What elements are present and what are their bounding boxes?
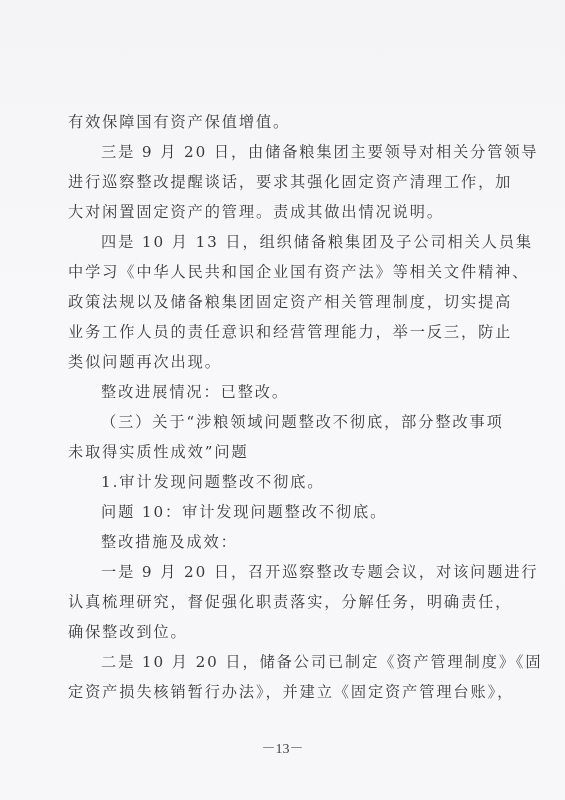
text-line: 政策法规以及储备粮集团固定资产相关管理制度，切实提高 (68, 287, 500, 317)
text-line: 一是 9 月 20 日，召开巡察整改专题会议，对该问题进行 (68, 557, 500, 587)
text-line: 进行巡察整改提醒谈话，要求其强化固定资产清理工作，加 (68, 167, 500, 197)
section-heading-cont: 未取得实质性成效”问题 (68, 437, 500, 467)
issue-line: 问题 10：审计发现问题整改不彻底。 (68, 497, 500, 527)
measures-heading: 整改措施及成效： (68, 527, 500, 557)
text-line: 中学习《中华人民共和国企业国有资产法》等相关文件精神、 (68, 257, 500, 287)
body-text: 有效保障国有资产保值增值。 三是 9 月 20 日，由储备粮集团主要领导对相关分… (68, 107, 500, 707)
subsection-heading: 1.审计发现问题整改不彻底。 (68, 467, 500, 497)
text-line: 有效保障国有资产保值增值。 (68, 107, 500, 137)
text-line: 认真梳理研究，督促强化职责落实，分解任务，明确责任， (68, 587, 500, 617)
text-line: 确保整改到位。 (68, 617, 500, 647)
text-line: 业务工作人员的责任意识和经营管理能力，举一反三，防止 (68, 317, 500, 347)
progress-status-line: 整改进展情况：已整改。 (68, 377, 500, 407)
text-line: 三是 9 月 20 日，由储备粮集团主要领导对相关分管领导 (68, 137, 500, 167)
text-line: 大对闲置固定资产的管理。责成其做出情况说明。 (68, 197, 500, 227)
document-page: 有效保障国有资产保值增值。 三是 9 月 20 日，由储备粮集团主要领导对相关分… (0, 0, 565, 800)
text-line: 类似问题再次出现。 (68, 347, 500, 377)
section-heading: （三）关于“涉粮领域问题整改不彻底，部分整改事项 (68, 407, 500, 437)
text-line: 二是 10 月 20 日，储备公司已制定《资产管理制度》《固 (68, 647, 500, 677)
text-line: 定资产损失核销暂行办法》，并建立《固定资产管理台账》， (68, 677, 500, 707)
text-line: 四是 10 月 13 日，组织储备粮集团及子公司相关人员集 (68, 227, 500, 257)
page-number: －13－ (0, 738, 565, 758)
